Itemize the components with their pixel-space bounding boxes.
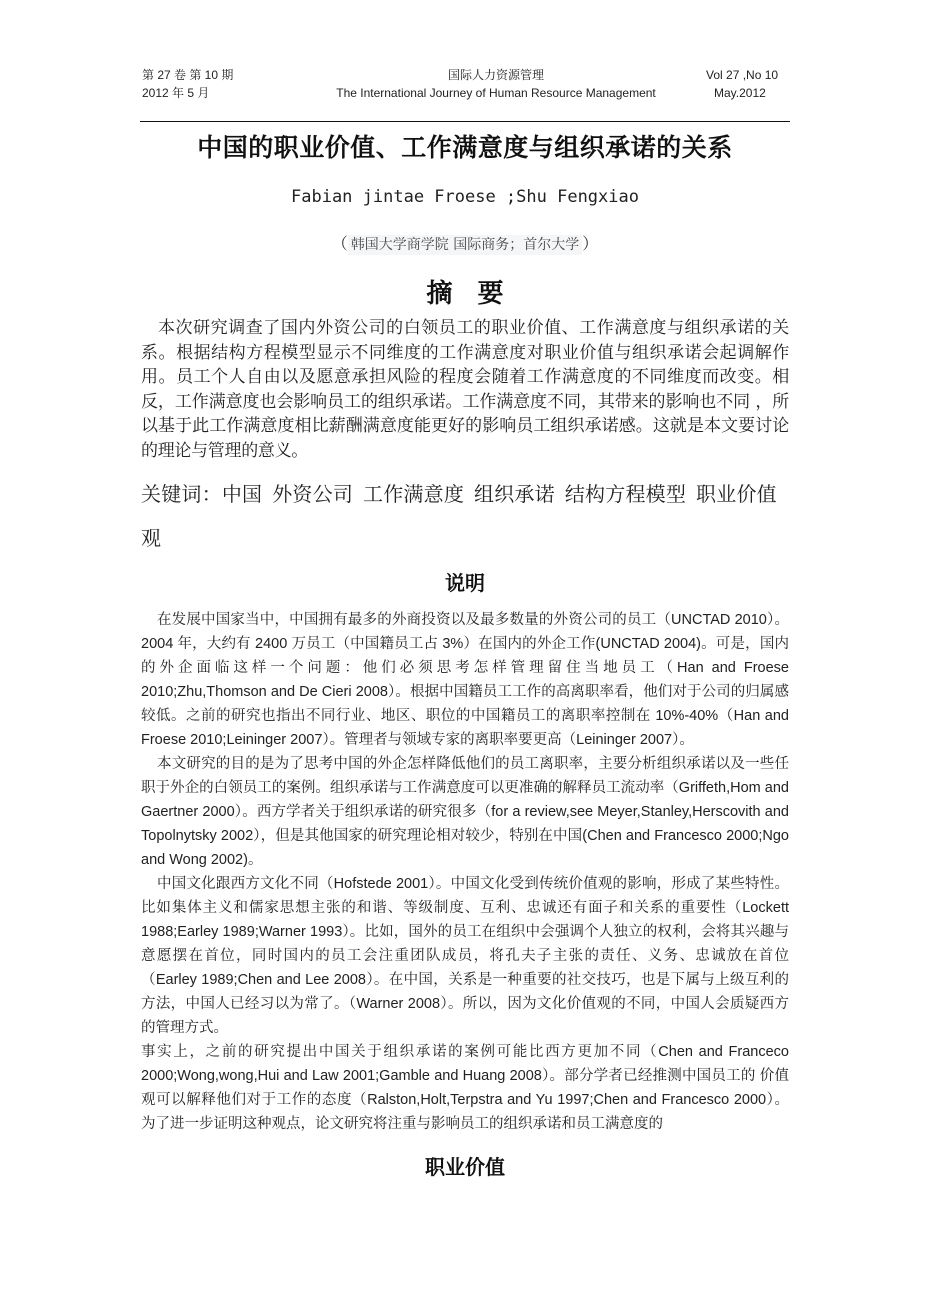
journal-name-cn: 国际人力资源管理 <box>325 66 667 84</box>
keyword: 结构方程模型 <box>565 482 686 506</box>
affiliation-text: 韩国大学商学院 国际商务；首尔大学 <box>348 235 582 255</box>
keyword: 工作满意度 <box>363 482 464 506</box>
keyword: 外资公司 <box>272 482 353 506</box>
keywords-line: 关键词：中国外资公司工作满意度组织承诺结构方程模型职业价值观 <box>141 472 789 560</box>
career-values-heading: 职业价值 <box>130 1152 800 1182</box>
affiliation: （韩国大学商学院 国际商务；首尔大学） <box>332 232 598 257</box>
intro-paragraph-2: 本文研究的目的是为了思考中国的外企怎样降低他们的员工离职率，主要分析组织承诺以及… <box>141 752 789 872</box>
keywords-label: 关键词： <box>141 482 222 506</box>
header-left: 第 27 卷 第 10 期 2012 年 5 月 <box>142 66 233 102</box>
article-title: 中国的职业价值、工作满意度与组织承诺的关系 <box>130 130 800 166</box>
introduction-heading: 说明 <box>130 568 800 598</box>
header-date-cn: 2012 年 5 月 <box>142 84 233 102</box>
journal-name-en: The International Journey of Human Resou… <box>325 84 667 102</box>
header-date-en: May.2012 <box>706 84 778 102</box>
affiliation-line: （韩国大学商学院 国际商务；首尔大学） <box>130 232 800 257</box>
article-authors: Fabian jintae Froese ;Shu Fengxiao <box>130 185 800 209</box>
header-center: 国际人力资源管理 The International Journey of Hu… <box>325 66 667 102</box>
keyword: 中国 <box>222 482 262 506</box>
intro-paragraph-3: 中国文化跟西方文化不同（Hofstede 2001）。中国文化受到传统价值观的影… <box>141 872 789 1040</box>
intro-paragraph-4: 事实上，之前的研究提出中国关于组织承诺的案例可能比西方更加不同（Chen and… <box>141 1040 789 1136</box>
affiliation-close-paren: ） <box>582 234 598 253</box>
keyword: 组织承诺 <box>474 482 555 506</box>
journal-page: 第 27 卷 第 10 期 2012 年 5 月 国际人力资源管理 The In… <box>0 0 926 1309</box>
header-right: Vol 27 ,No 10 May.2012 <box>706 66 778 102</box>
abstract-text: 本次研究调查了国内外资公司的白领员工的职业价值、工作满意度与组织承诺的关系。根据… <box>141 316 789 463</box>
header-volume-issue-en: Vol 27 ,No 10 <box>706 66 778 84</box>
abstract-heading: 摘 要 <box>130 276 800 312</box>
intro-paragraph-1: 在发展中国家当中，中国拥有最多的外商投资以及最多数量的外资公司的员工（UNCTA… <box>141 608 789 752</box>
affiliation-open-paren: （ <box>332 234 348 253</box>
header-divider <box>140 121 790 122</box>
header-volume-issue-cn: 第 27 卷 第 10 期 <box>142 66 233 84</box>
